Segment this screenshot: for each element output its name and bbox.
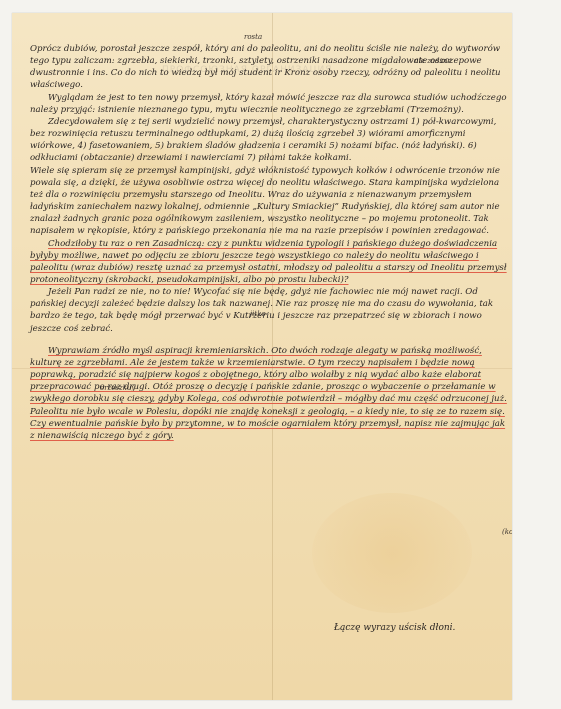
letter-body: Oprócz dubiów, porostał jeszcze zespół, … [30, 43, 508, 442]
inserted-word: rosta [244, 33, 262, 41]
paragraph: Wyglądam że jest to ten nowy przemysł, k… [30, 92, 508, 116]
paragraph-annotated: Wyprawiam źródło myśl aspiracji kremieni… [30, 345, 508, 442]
paragraph: Wiele się spieram się ze przemysł kampin… [30, 165, 508, 238]
paragraph-annotated: Chodziłoby tu raz o ren Zasadniczą: czy … [30, 238, 508, 287]
letter-page: ПРОФСОЮЗНАЯ ОРГАНИЗАЦИЯ rosta nie zadsne… [12, 13, 512, 700]
closing-signature: Łączę wyrazy uścisk dłoni. [334, 623, 455, 633]
paragraph: Oprócz dubiów, porostał jeszcze zespół, … [30, 43, 508, 92]
paper-stain [312, 493, 472, 613]
paragraph: Zdecydowałem się z tej serii wydzielić n… [30, 116, 508, 165]
paragraph: Jeżeli Pan radzi ze nie, no to nie! Wyco… [30, 286, 508, 335]
margin-note: (kony [502, 528, 512, 536]
